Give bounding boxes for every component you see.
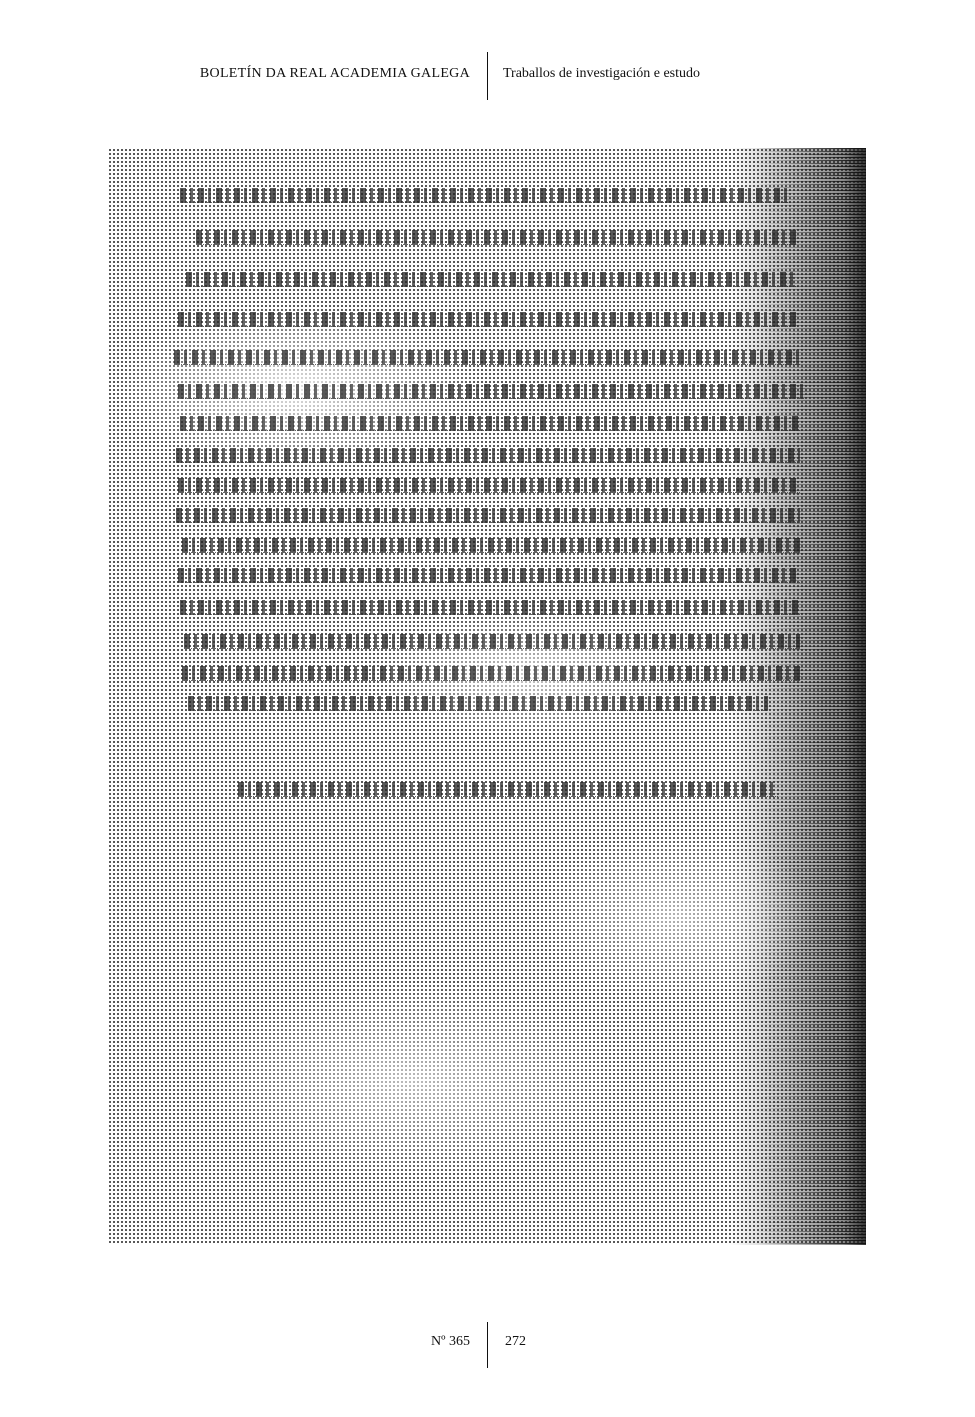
footer-divider (487, 1322, 488, 1368)
manuscript-line (174, 350, 800, 365)
page-number: 272 (505, 1334, 526, 1350)
manuscript-signature-line (238, 782, 778, 797)
manuscript-line (196, 230, 796, 245)
manuscript-line (176, 448, 800, 463)
manuscript-line (178, 312, 798, 327)
page-footer: Nº 365 272 (0, 1322, 975, 1368)
header-divider (487, 52, 488, 100)
manuscript-line (188, 696, 768, 711)
manuscript-line (184, 634, 800, 649)
page-header: BOLETÍN DA REAL ACADEMIA GALEGA Traballo… (0, 52, 975, 100)
manuscript-image (108, 148, 866, 1245)
manuscript-line (178, 478, 800, 493)
manuscript-line (178, 384, 804, 399)
manuscript-line (186, 272, 798, 287)
section-title: Traballos de investigación e estudo (503, 66, 700, 82)
manuscript-line (180, 600, 800, 615)
manuscript-line (182, 666, 800, 681)
journal-title: BOLETÍN DA REAL ACADEMIA GALEGA (200, 66, 470, 82)
manuscript-line (180, 416, 800, 431)
manuscript-line (176, 508, 800, 523)
issue-number: Nº 365 (431, 1334, 470, 1350)
manuscript-line (182, 538, 800, 553)
manuscript-line (180, 188, 790, 203)
manuscript-line (178, 568, 800, 583)
